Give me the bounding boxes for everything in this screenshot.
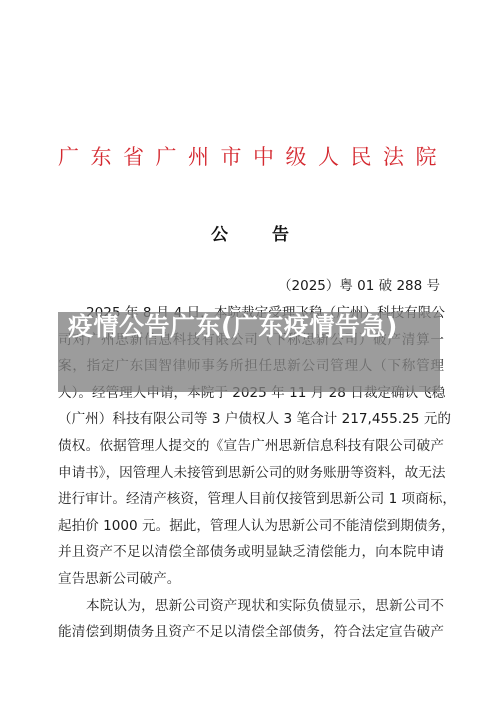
body-line: （广州）科技有限公司等 3 户债权人 3 笔合计 217,455.25 元的 <box>58 406 444 433</box>
body-line: 起拍价 1000 元。据此，管理人认为思新公司不能清偿到期债务， <box>58 513 444 540</box>
notice-title-char-1: 公 <box>211 222 228 248</box>
notice-title: 公告 <box>0 222 500 248</box>
body-line: 债权。依据管理人提交的《宣告广州思新信息科技有限公司破产 <box>58 433 444 460</box>
case-number: （2025）粤 01 破 288 号 <box>278 274 440 298</box>
body-line: 申请书》，因管理人未接管到思新公司的财务账册等资料，故无法 <box>58 460 444 487</box>
body-line: 能清偿到期债务且资产不足以清偿全部债务，符合法定宣告破产 <box>58 619 444 646</box>
body-line: 宣告思新公司破产。 <box>58 566 444 593</box>
notice-title-char-2: 告 <box>272 222 289 248</box>
court-name-header: 广东省广州市中级人民法院 <box>0 140 500 174</box>
overlay-headline: 疫情公告广东(广东疫情告急) <box>68 312 440 342</box>
body-line: 并且资产不足以清偿全部债务或明显缺乏清偿能力，向本院申请 <box>58 539 444 566</box>
body-line: 本院认为，思新公司资产现状和实际负债显示，思新公司不 <box>58 593 444 620</box>
body-line: 进行审计。经清产核资，管理人目前仅接管到思新公司 1 项商标， <box>58 486 444 513</box>
